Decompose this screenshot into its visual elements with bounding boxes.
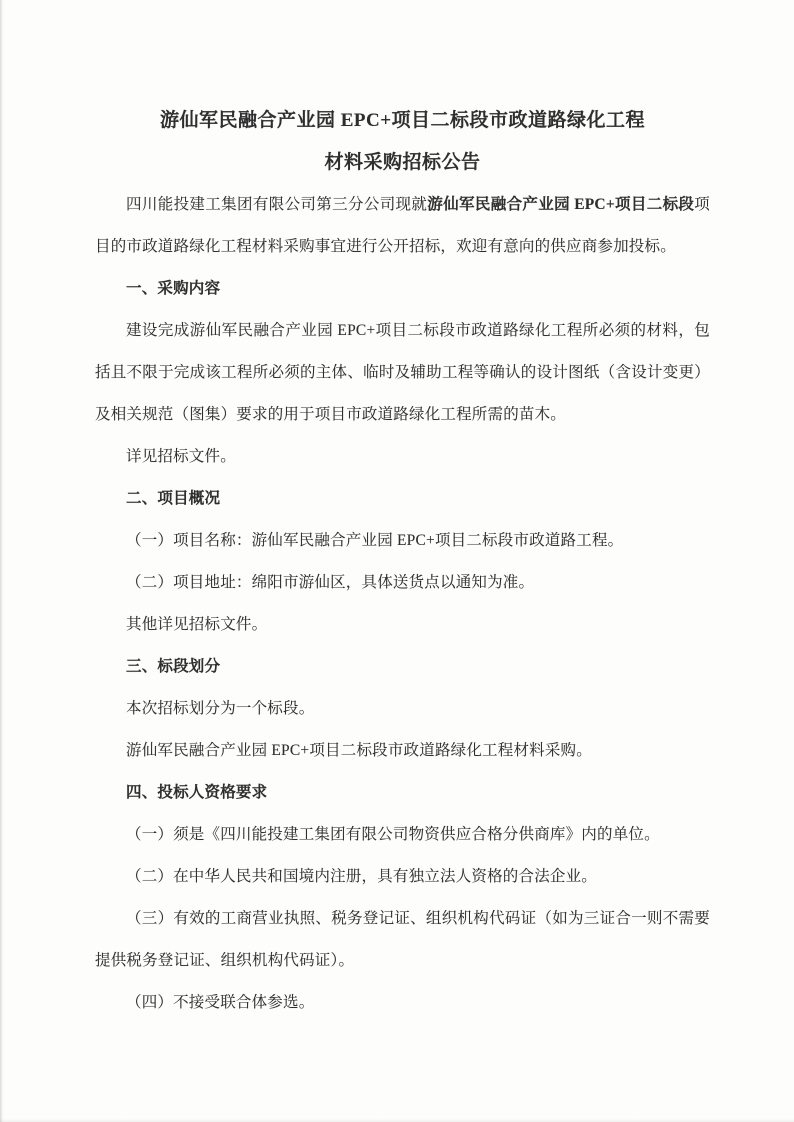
- paragraph: （一）项目名称：游仙军民融合产业园 EPC+项目二标段市政道路工程。: [95, 520, 710, 562]
- paragraph: （二）项目地址：绵阳市游仙区，具体送货点以通知为准。: [95, 562, 710, 604]
- sections-container: 一、采购内容建设完成游仙军民融合产业园 EPC+项目二标段市政道路绿化工程所必须…: [95, 268, 710, 1024]
- paragraph: （一）须是《四川能投建工集团有限公司物资供应合格分供商库》内的单位。: [95, 814, 710, 856]
- intro-prefix: 四川能投建工集团有限公司第三分公司现就: [126, 196, 427, 213]
- paragraph: 详见招标文件。: [95, 436, 710, 478]
- intro-paragraph: 四川能投建工集团有限公司第三分公司现就游仙军民融合产业园 EPC+项目二标段项目…: [95, 184, 710, 268]
- document-title-line2: 材料采购招标公告: [95, 142, 710, 184]
- section-heading: 三、标段划分: [95, 646, 710, 688]
- document-page: 游仙军民融合产业园 EPC+项目二标段市政道路绿化工程 材料采购招标公告 四川能…: [0, 0, 794, 1122]
- paragraph: 建设完成游仙军民融合产业园 EPC+项目二标段市政道路绿化工程所必须的材料，包括…: [95, 310, 710, 436]
- intro-project-name: 游仙军民融合产业园 EPC+项目二标段: [427, 196, 694, 213]
- scan-edge-artifact-left: [0, 0, 4, 1122]
- paragraph: 其他详见招标文件。: [95, 604, 710, 646]
- section-heading: 一、采购内容: [95, 268, 710, 310]
- paragraph: 本次招标划分为一个标段。: [95, 688, 710, 730]
- paragraph: （四）不接受联合体参选。: [95, 982, 710, 1024]
- section-heading: 四、投标人资格要求: [95, 772, 710, 814]
- section-heading: 二、项目概况: [95, 478, 710, 520]
- paragraph: （三）有效的工商营业执照、税务登记证、组织机构代码证（如为三证合一则不需要提供税…: [95, 898, 710, 982]
- document-title-line1: 游仙军民融合产业园 EPC+项目二标段市政道路绿化工程: [95, 100, 710, 142]
- paragraph: （二）在中华人民共和国境内注册，具有独立法人资格的合法企业。: [95, 856, 710, 898]
- paragraph: 游仙军民融合产业园 EPC+项目二标段市政道路绿化工程材料采购。: [95, 730, 710, 772]
